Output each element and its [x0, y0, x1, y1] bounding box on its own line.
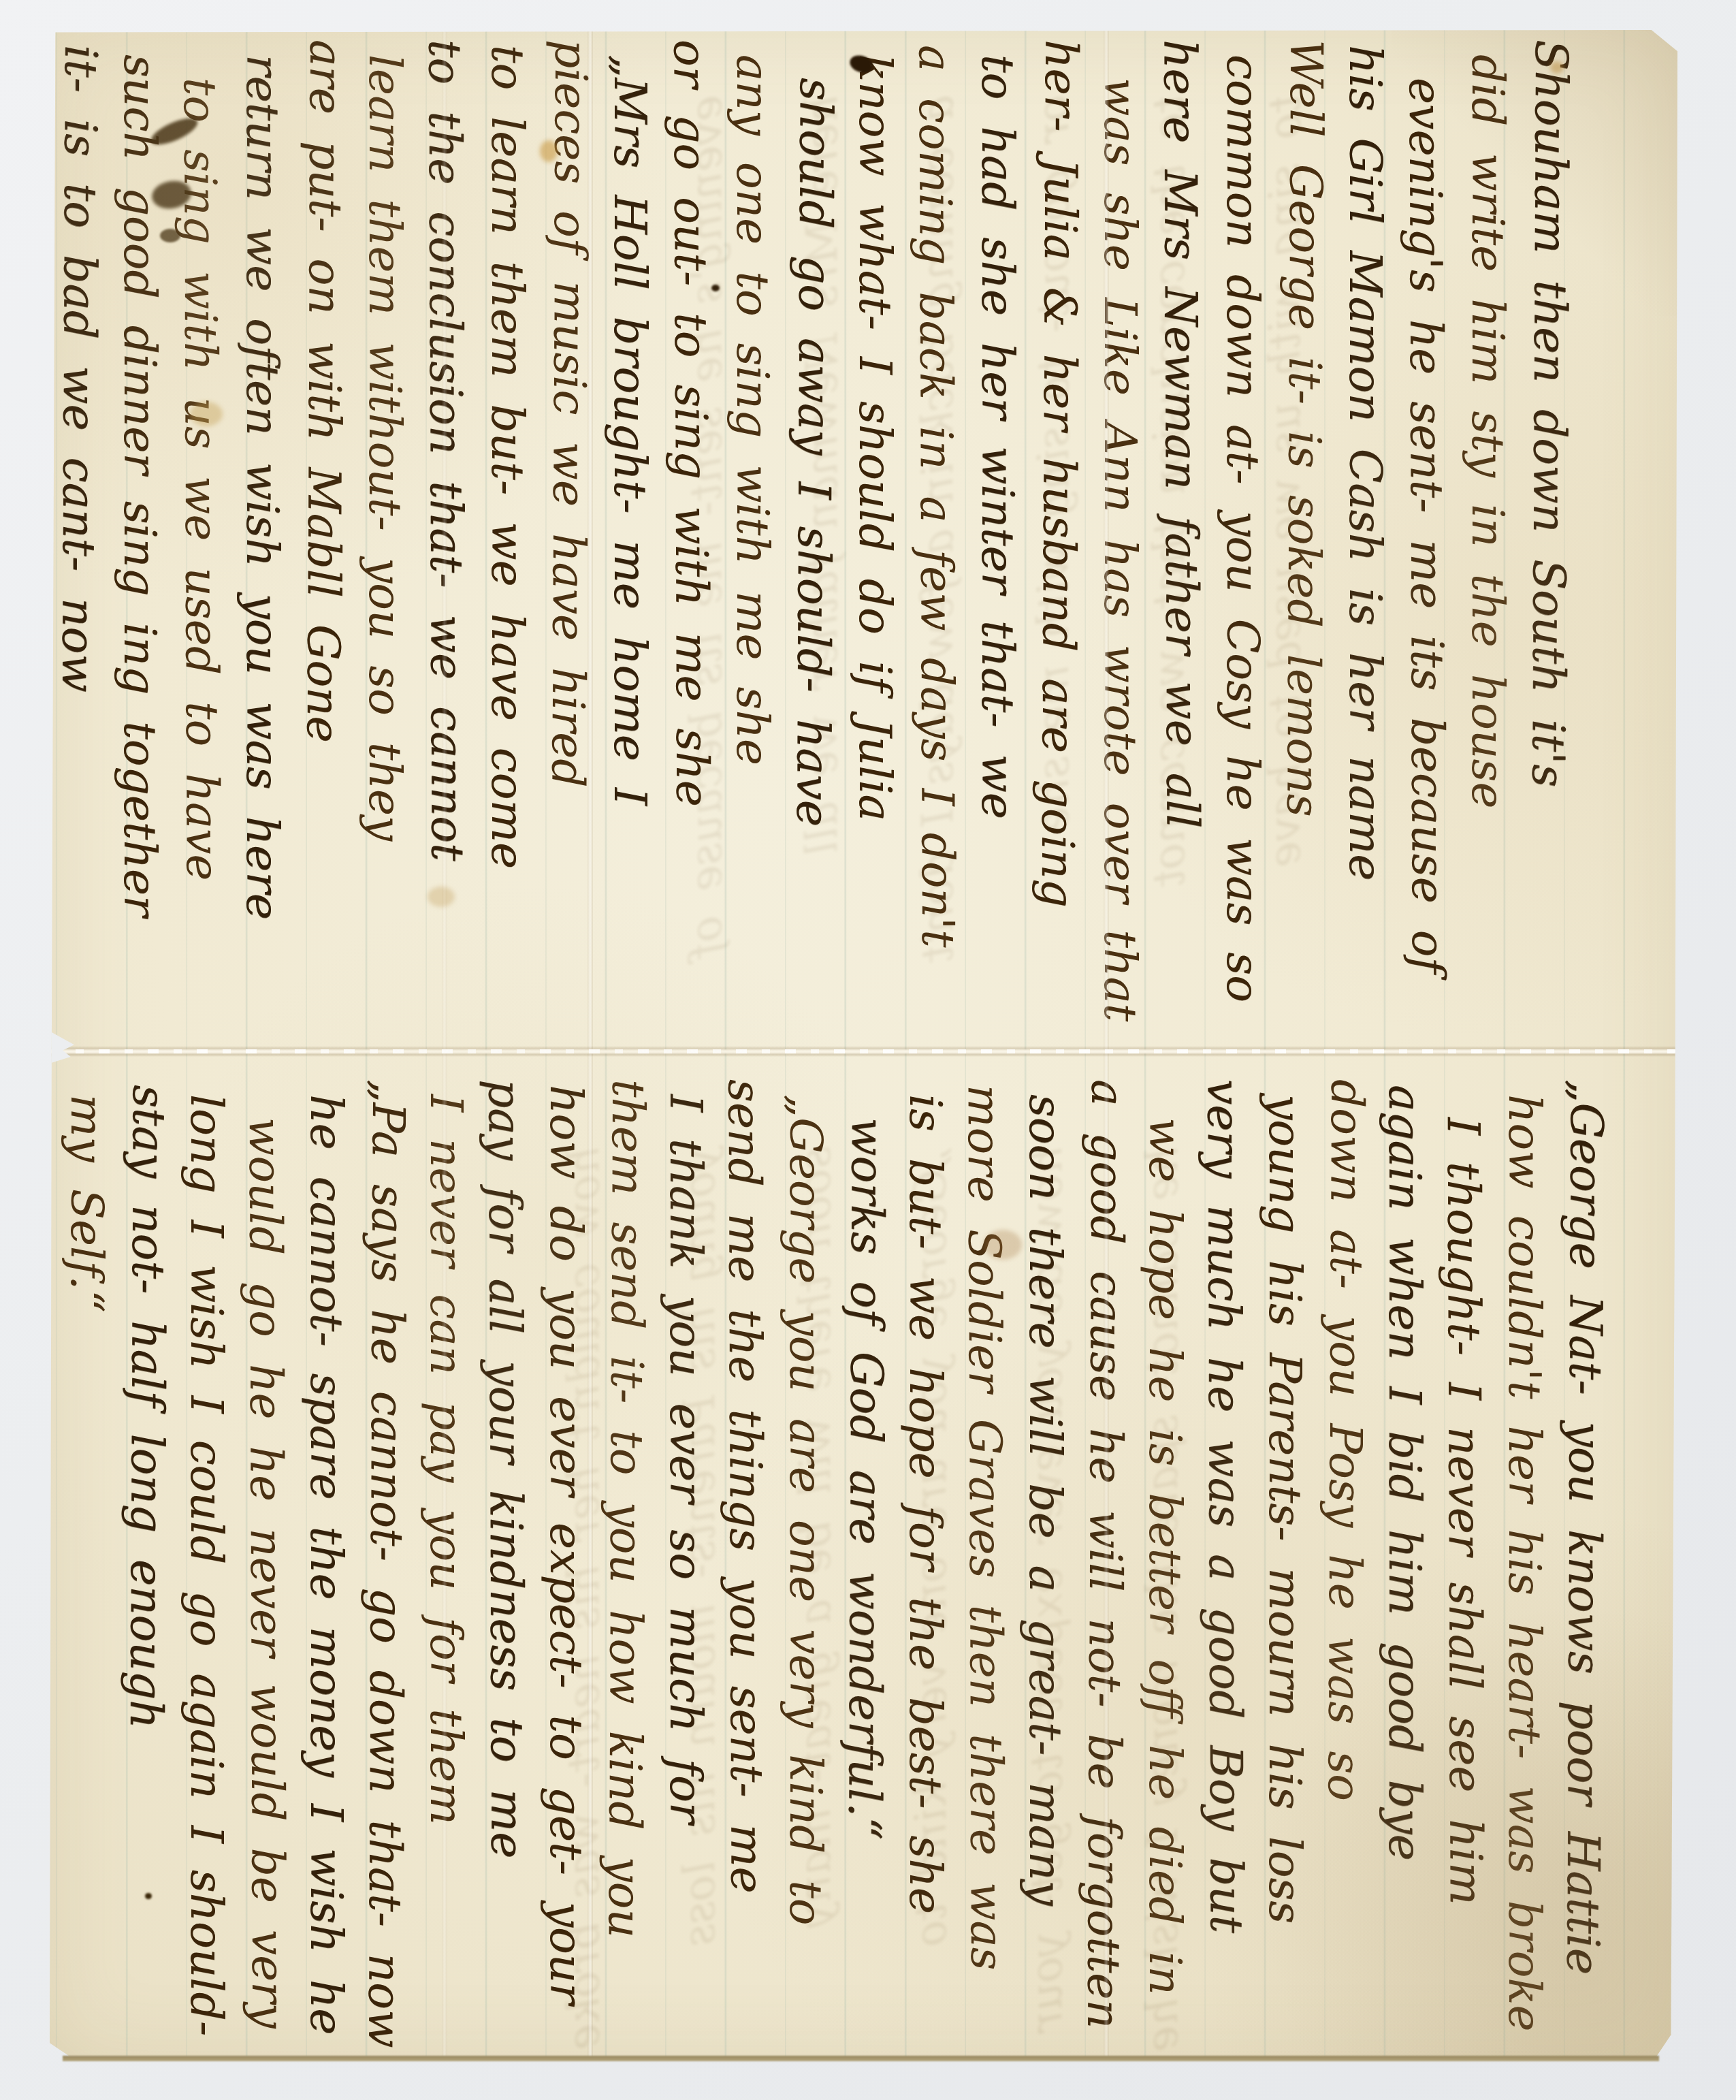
ghost-line: how do you ever expect- to get- your — [989, 1147, 1105, 2032]
ghost-line: young his Parents- mourn his loss — [642, 1147, 758, 2032]
bleedthrough-ghost-top: evening's he sent- me its because of her… — [649, 95, 1343, 981]
scan-background: Shouham then down South it's did write h… — [0, 0, 1736, 2100]
handwriting-line: he cannot- spare the money I wish he — [289, 1079, 349, 2059]
handwriting-line: stay not- half long enough — [107, 1079, 171, 2059]
handwriting-line: to sing with us we used to have — [160, 39, 225, 1030]
ghost-line: evening's he sent- me its because of — [649, 95, 765, 981]
handwriting-line: return we often wish you was here — [223, 39, 285, 1030]
ghost-line: or go out- to sing with me she — [996, 95, 1112, 981]
handwriting-line: young his Parents- mourn his loss — [1247, 1079, 1307, 2059]
handwriting-line: „Mrs Holl brought- me home I — [591, 39, 652, 1030]
ghost-line: here Mrs Newman father we all — [765, 95, 880, 981]
handwriting-line: I never can pay you for them — [408, 1079, 468, 2059]
paper-tear — [50, 1028, 74, 1065]
handwriting-line: „George Nat- you knows poor Hattie — [1545, 1079, 1609, 2059]
ghost-line: soon there will be a great- many — [758, 1147, 873, 2032]
handwriting-line: pay for all your kindness to me — [466, 1079, 530, 2059]
handwriting-line: long I wish I could go again I should- — [169, 1079, 229, 2059]
handwriting-line: „Pa says he cannot- go down that- now — [347, 1079, 411, 2059]
ghost-line: „George you are one very kind to — [873, 1147, 989, 2032]
handwriting-line: it- is to bad we cant- now — [50, 39, 103, 1030]
ghost-line: to the conclusion that- we cannot — [1112, 95, 1227, 981]
handwriting-line: evening's he sent- me its because of — [1385, 39, 1450, 1030]
handwriting-line: to the conclusion that- we cannot — [405, 39, 470, 1030]
handwriting-line: Shouham then down South it's — [1508, 39, 1573, 1030]
sheet-bottom-edge-shadow — [63, 2056, 1659, 2061]
ghost-line: a coming back in a few days I don't — [880, 95, 996, 981]
ghost-line: he cannot- spare the money I wish he — [1105, 1147, 1221, 2032]
ghost-line: how couldn't her his heart- was broke — [526, 1147, 642, 2032]
handwriting-line: such good dinner sing ing together — [101, 39, 162, 1030]
handwriting-line: would go he he never would be very — [227, 1079, 290, 2059]
handwriting-line: my Self.“ — [50, 1079, 109, 2059]
handwriting-line: learn them without- you so they — [346, 39, 407, 1030]
handwriting-line: how couldn't her his heart- was broke — [1487, 1079, 1547, 2059]
handwriting-line: pieces of music we have hired — [528, 39, 593, 1030]
handwriting-line: I thought- I never shall see him — [1425, 1079, 1488, 2059]
handwriting-line: did write him sty in the house — [1449, 39, 1510, 1030]
ghost-line: to sing with us we used to have — [1227, 95, 1343, 981]
letter-sheet: Shouham then down South it's did write h… — [50, 30, 1677, 2059]
horizontal-fold-crease — [50, 1046, 1677, 1057]
handwriting-line: to learn them but- we have come — [468, 39, 530, 1030]
handwriting-line: down at- you Posy he was so — [1305, 1079, 1369, 2059]
bleedthrough-ghost-bottom: how couldn't her his heart- was broke yo… — [526, 1147, 1221, 2032]
handwriting-line: are put- on with Mabll Gone — [283, 39, 348, 1030]
handwriting-line: again when I bid him good bye — [1367, 1079, 1427, 2059]
